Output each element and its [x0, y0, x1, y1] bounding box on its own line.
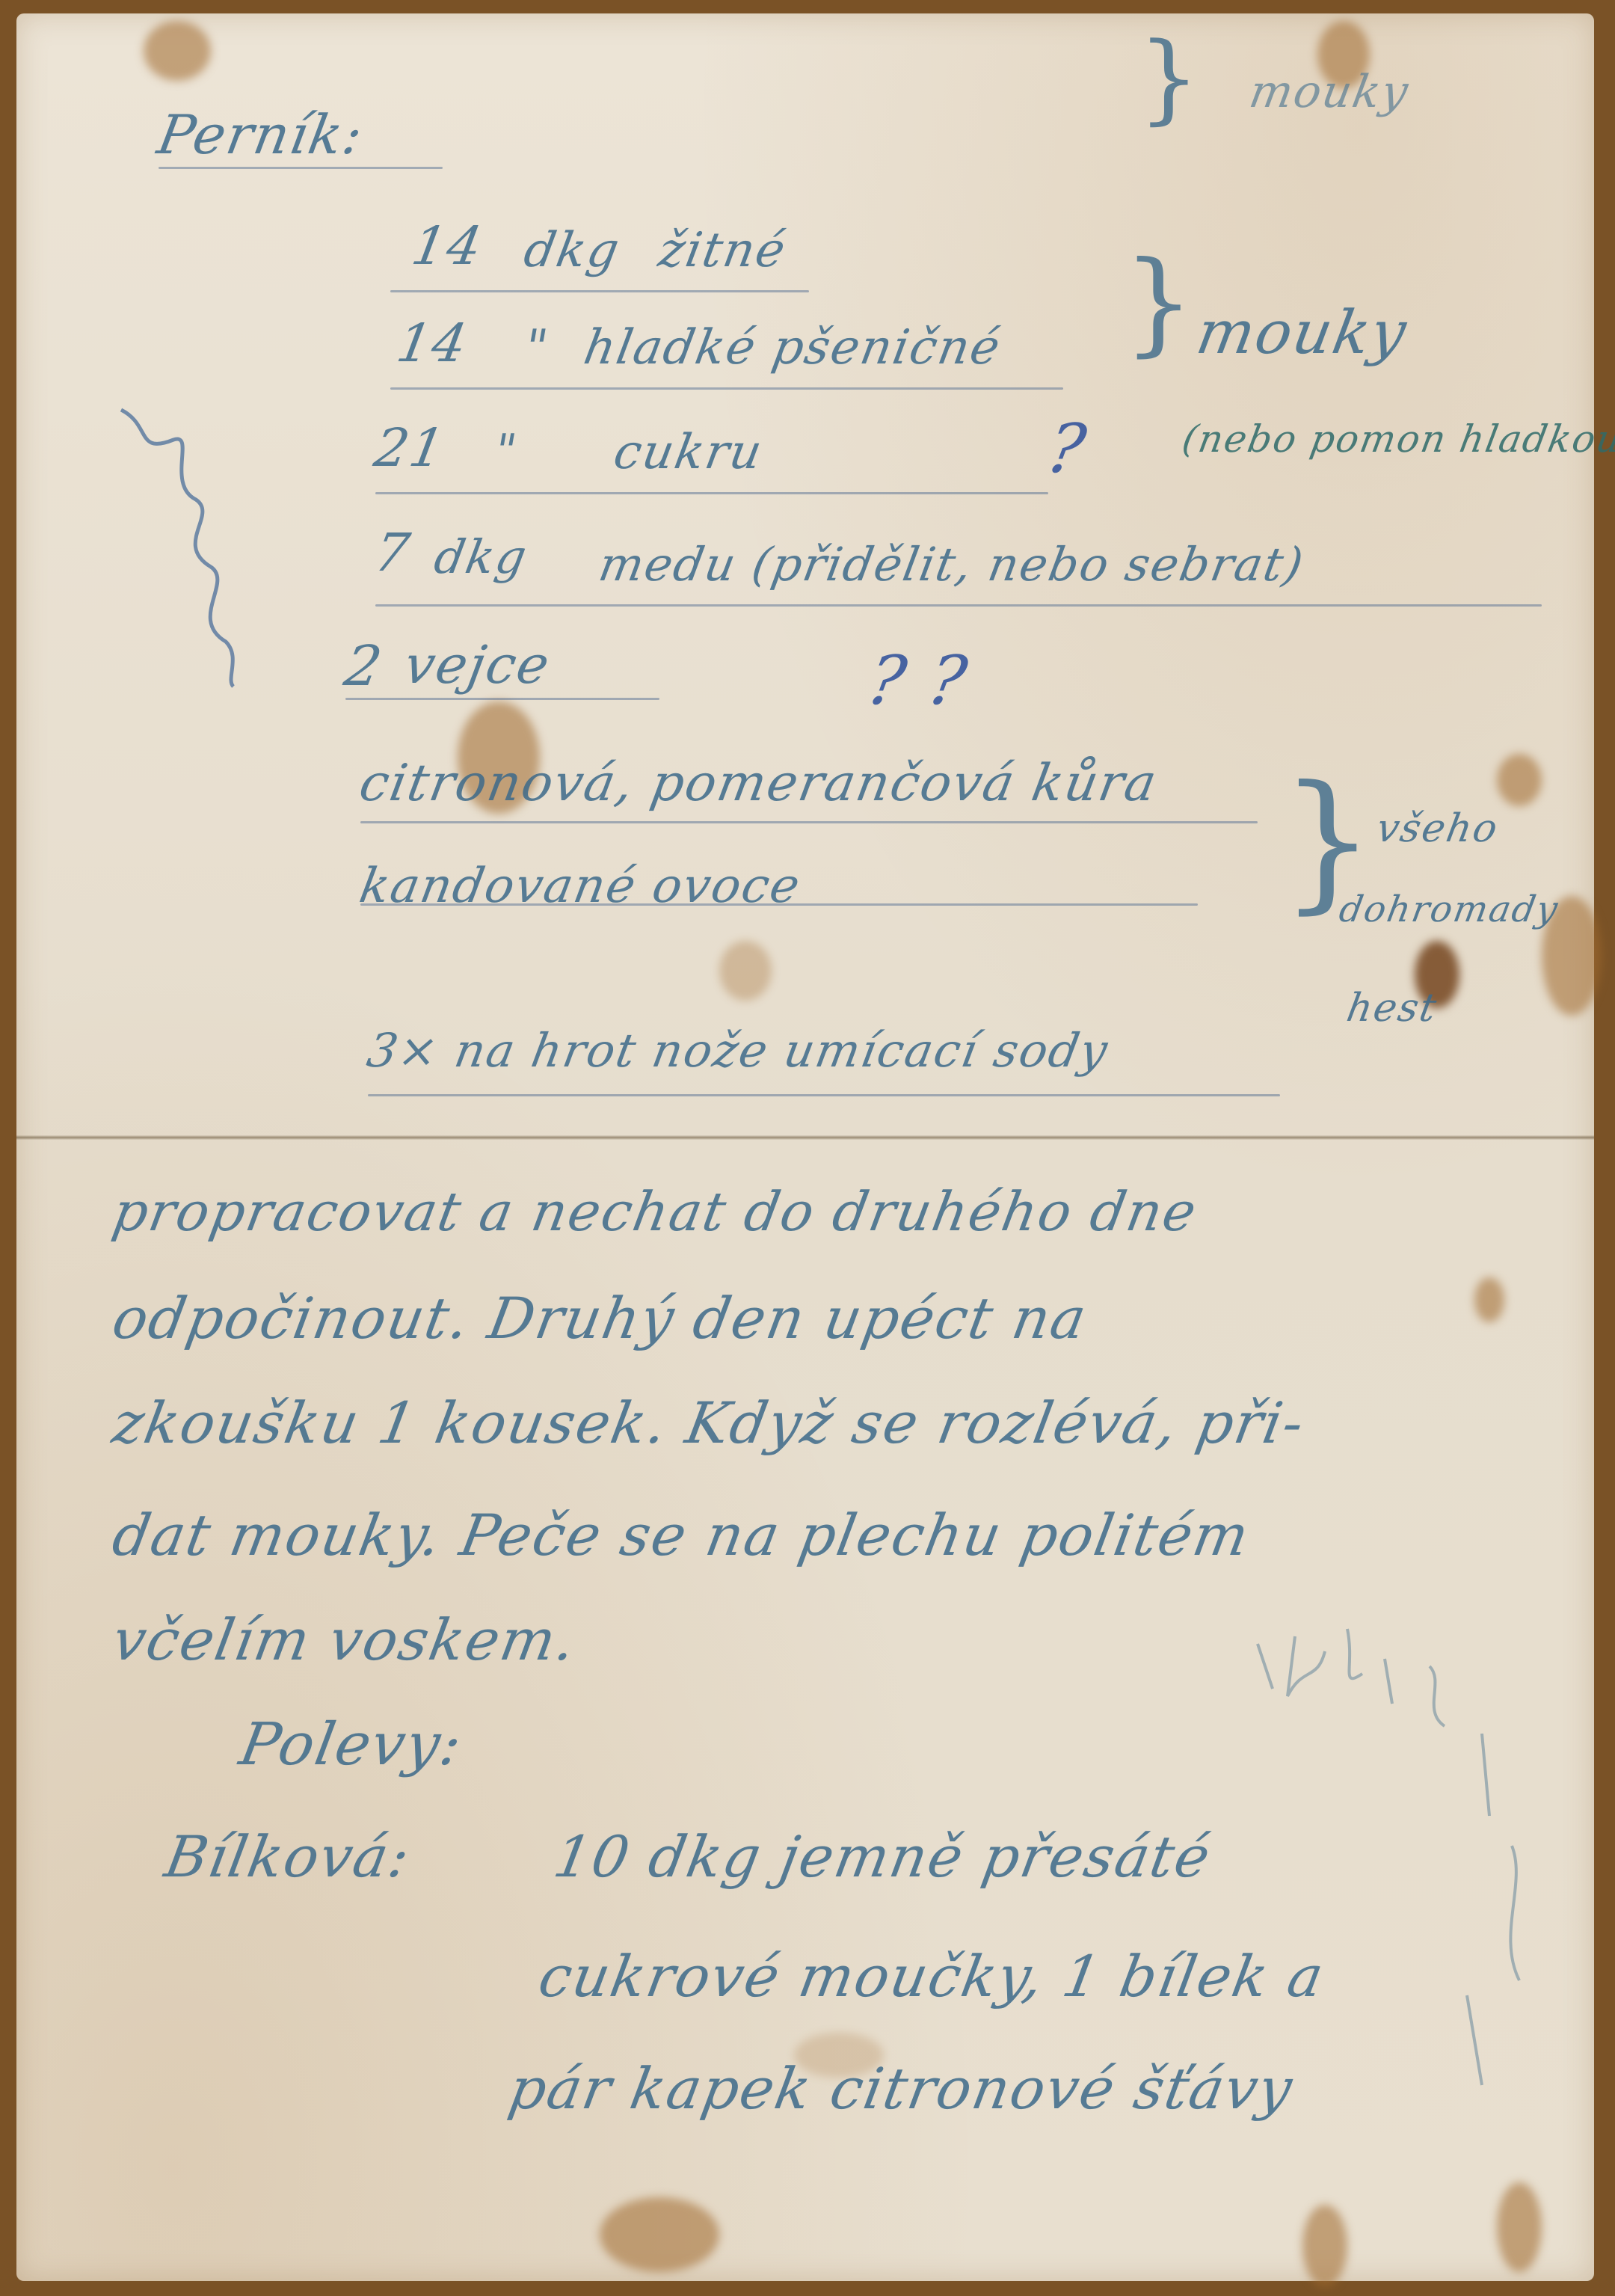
question-mark: ?: [1042, 410, 1093, 488]
ingredient-qty: 14: [407, 215, 488, 277]
ingredient-item: vejce: [400, 634, 556, 696]
ingredient-unit: dkg: [431, 530, 532, 584]
recipe-card: Perník: mouky } 14 dkg žitné 14 " hladké…: [16, 13, 1594, 2281]
ingredient-underline: [360, 821, 1258, 823]
ingredient-unit: dkg: [520, 223, 624, 278]
ingredient-item: citronová, pomerančová kůra: [355, 754, 1162, 813]
brace-all-note: dohromady: [1336, 888, 1562, 930]
brace-icon: }: [1123, 238, 1194, 368]
fold-crease: [16, 1135, 1594, 1140]
margin-squiggle: [106, 395, 271, 694]
ingredient-underline: [375, 492, 1048, 494]
question-marks: ? ?: [862, 642, 974, 720]
ingredient-qty: 2: [339, 634, 387, 699]
ingredient-item: cukru: [609, 425, 767, 480]
ingredient-unit: ": [490, 425, 522, 477]
glaze-line: 10 dkg jemně přesáté: [549, 1823, 1216, 1890]
ingredient-underline: [375, 604, 1542, 607]
title-underline: [159, 167, 443, 169]
spice-underline: [368, 1094, 1280, 1096]
ingredient-underline: [390, 387, 1063, 390]
instruction-line: odpočinout. Druhý den upéct na: [108, 1285, 1092, 1351]
stain: [719, 941, 772, 1001]
ingredient-unit: ": [520, 320, 553, 375]
brace-flour-note: mouky: [1192, 298, 1413, 367]
ingredient-item: medu (přidělit, nebo sebrat): [595, 537, 1309, 592]
instruction-line: včelím voskem.: [108, 1606, 582, 1673]
ingredient-qty: 7: [370, 522, 416, 583]
instruction-line: propracovat a nechat do druhého dne: [108, 1180, 1202, 1243]
ingredient-item: hladké pšeničné: [579, 320, 1005, 375]
brace-icon: }: [1138, 21, 1200, 135]
glaze-subtitle: Polevy:: [235, 1711, 468, 1778]
margin-scribble: [1243, 1621, 1557, 2145]
side-note: (nebo pomon hladkou): [1179, 417, 1615, 461]
ingredient-underline: [390, 290, 809, 292]
brace-all-note: všeho: [1373, 806, 1502, 851]
instruction-line: zkoušku 1 kousek. Když se rozlévá, při-: [108, 1390, 1310, 1456]
ingredient-qty: 14: [393, 313, 473, 374]
stain: [144, 21, 211, 81]
corner-note: mouky: [1246, 66, 1413, 118]
recipe-title: Perník:: [153, 103, 369, 166]
ingredient-qty: 21: [370, 417, 451, 479]
instruction-line: dat mouky. Peče se na plechu politém: [108, 1502, 1255, 1568]
glaze-line: pár kapek citronové šťávy: [504, 2055, 1298, 2122]
stain: [600, 2197, 719, 2272]
stain: [1302, 2205, 1347, 2287]
ingredient-underline: [345, 698, 659, 700]
ingredient-underline: [360, 903, 1198, 906]
glaze-line: cukrové moučky, 1 bílek a: [534, 1943, 1329, 2010]
brace-all-note: hest: [1344, 986, 1441, 1031]
glaze-label: Bílková:: [160, 1823, 416, 1890]
ingredient-item: žitné: [654, 223, 790, 278]
spice-line: 3× na hrot nože umícací sody: [363, 1023, 1113, 1078]
stain: [1474, 1277, 1504, 1322]
stain: [1497, 754, 1542, 806]
stain: [1497, 2182, 1542, 2272]
